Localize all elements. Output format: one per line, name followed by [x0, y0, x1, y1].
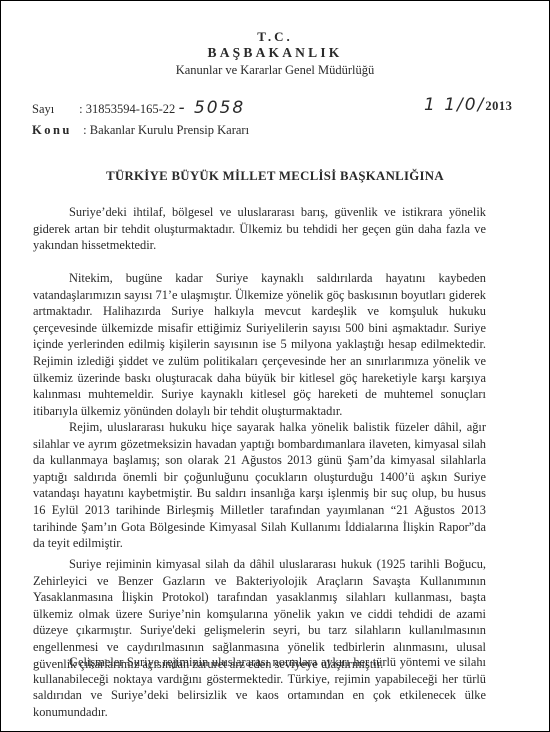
header-department: Kanunlar ve Kararlar Genel Müdürlüğü	[1, 63, 549, 78]
konu-value: Bakanlar Kurulu Prensip Kararı	[90, 123, 249, 137]
header-tc: T.C.	[1, 29, 549, 45]
sayi-label: Sayı	[32, 102, 76, 117]
paragraph-3: Rejim, uluslararası hukuku hiçe sayarak …	[33, 419, 486, 552]
document-page: T.C. BAŞBAKANLIK Kanunlar ve Kararlar Ge…	[0, 0, 550, 732]
paragraph-2: Nitekim, bugüne kadar Suriye kaynaklı sa…	[33, 270, 486, 419]
konu-separator: :	[83, 123, 86, 137]
subject-line: Konu : Bakanlar Kurulu Prensip Kararı	[32, 123, 249, 138]
sayi-handwritten: - 5058	[178, 98, 245, 118]
konu-label: Konu	[32, 123, 80, 138]
date-handwritten: 1 1/0/	[424, 95, 485, 115]
reference-number: Sayı : 31853594-165-22 - 5058	[32, 98, 245, 118]
paragraph-5: Gelişmeler Suriye rejiminin uluslararası…	[33, 654, 486, 720]
header-institution: BAŞBAKANLIK	[1, 45, 549, 61]
document-date: 1 1/0/2013	[424, 95, 512, 115]
date-year: 2013	[485, 99, 512, 113]
sayi-number: 31853594-165-22	[86, 102, 176, 116]
paragraph-1: Suriye’deki ihtilaf, bölgesel ve uluslar…	[33, 204, 486, 254]
recipient-heading: TÜRKİYE BÜYÜK MİLLET MECLİSİ BAŞKANLIĞIN…	[1, 169, 549, 184]
sayi-separator: :	[79, 102, 82, 116]
